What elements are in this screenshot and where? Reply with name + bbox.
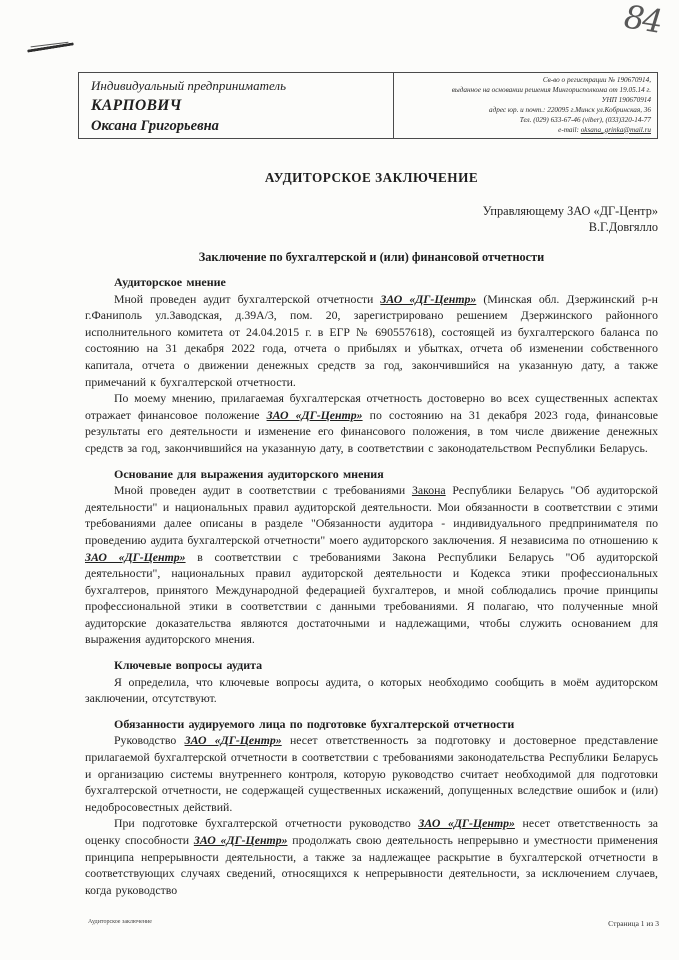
letterhead-box: Индивидуальный предприниматель КАРПОВИЧ …: [78, 72, 658, 139]
scanned-document-page: 84 Индивидуальный предприниматель КАРПОВ…: [0, 0, 679, 960]
paragraph-text: Мной проведен аудит бухгалтерской отчетн…: [114, 292, 380, 306]
company-name: ЗАО «ДГ-Центр»: [267, 408, 363, 422]
registration-line: выданное на основании решения Мингориспо…: [398, 86, 651, 96]
body-paragraph: Мной проведен аудит в соответствии с тре…: [85, 482, 658, 648]
footer-page-number: Страница 1 из 3: [608, 919, 659, 928]
auditor-surname: КАРПОВИЧ: [91, 95, 387, 116]
company-name: ЗАО «ДГ-Центр»: [194, 833, 288, 847]
section-heading: Ключевые вопросы аудита: [85, 657, 658, 674]
auditor-type-line: Индивидуальный предприниматель: [91, 76, 387, 95]
body-paragraph: Руководство ЗАО «ДГ-Центр» несет ответст…: [85, 732, 658, 815]
email-label: e-mail:: [558, 126, 581, 134]
body-paragraph: Я определила, что ключевые вопросы аудит…: [85, 674, 658, 707]
document-title: АУДИТОРСКОЕ ЗАКЛЮЧЕНИЕ: [85, 170, 658, 186]
letterhead-auditor-block: Индивидуальный предприниматель КАРПОВИЧ …: [79, 73, 393, 138]
addressee-name: В.Г.Довгялло: [85, 219, 658, 235]
letterhead-registration-block: Св-во о регистрации № 190670914, выданно…: [393, 73, 657, 138]
paragraph-text: (Минская обл. Дзержинский р-н г.Фаниполь…: [85, 292, 658, 389]
body-paragraph: По моему мнению, прилагаемая бухгалтерск…: [85, 390, 658, 456]
company-name: ЗАО «ДГ-Центр»: [418, 816, 515, 830]
page-footer: Аудиторское заключение Страница 1 из 3: [88, 919, 659, 928]
paragraph-text: Я определила, что ключевые вопросы аудит…: [85, 675, 658, 706]
registration-line: адрес юр. и почт.: 220095 г.Минск ул.Коб…: [398, 106, 651, 116]
paragraph-text: в соответствии с требованиями Закона Рес…: [85, 550, 658, 647]
handwritten-page-number: 84: [619, 0, 666, 40]
section-heading: Аудиторское мнение: [85, 274, 658, 291]
paragraph-text: При подготовке бухгалтерской отчетности …: [114, 816, 418, 830]
pen-scribble-mark: [27, 42, 74, 52]
paragraph-text: Закона: [412, 483, 446, 497]
body-paragraph: Мной проведен аудит бухгалтерской отчетн…: [85, 291, 658, 391]
email-address: oksana_grinka@mail.ru: [581, 126, 651, 134]
company-name: ЗАО «ДГ-Центр»: [380, 292, 476, 306]
paragraph-text: Мной проведен аудит в соответствии с тре…: [114, 483, 412, 497]
auditor-name: Оксана Григорьевна: [91, 116, 387, 137]
document-content: АУДИТОРСКОЕ ЗАКЛЮЧЕНИЕ Управляющему ЗАО …: [0, 139, 679, 898]
registration-line: Тел. (029) 633-67-46 (viber), (033)320-1…: [398, 116, 651, 126]
addressee-block: Управляющему ЗАО «ДГ-Центр» В.Г.Довгялло: [85, 203, 658, 235]
paragraph-text: Руководство: [114, 733, 185, 747]
addressee-position: Управляющему ЗАО «ДГ-Центр»: [85, 203, 658, 219]
footer-document-label: Аудиторское заключение: [88, 919, 152, 925]
registration-line: Св-во о регистрации № 190670914,: [398, 76, 651, 86]
document-body: Аудиторское мнениеМной проведен аудит бу…: [85, 274, 658, 898]
registration-email-line: e-mail: oksana_grinka@mail.ru: [398, 126, 651, 136]
section-heading: Обязанности аудируемого лица по подготов…: [85, 716, 658, 733]
body-paragraph: При подготовке бухгалтерской отчетности …: [85, 815, 658, 898]
section-heading: Основание для выражения аудиторского мне…: [85, 466, 658, 483]
company-name: ЗАО «ДГ-Центр»: [185, 733, 282, 747]
registration-line: УНП 190670914: [398, 96, 651, 106]
company-name: ЗАО «ДГ-Центр»: [85, 550, 186, 564]
report-subtitle: Заключение по бухгалтерской и (или) фина…: [85, 250, 658, 265]
